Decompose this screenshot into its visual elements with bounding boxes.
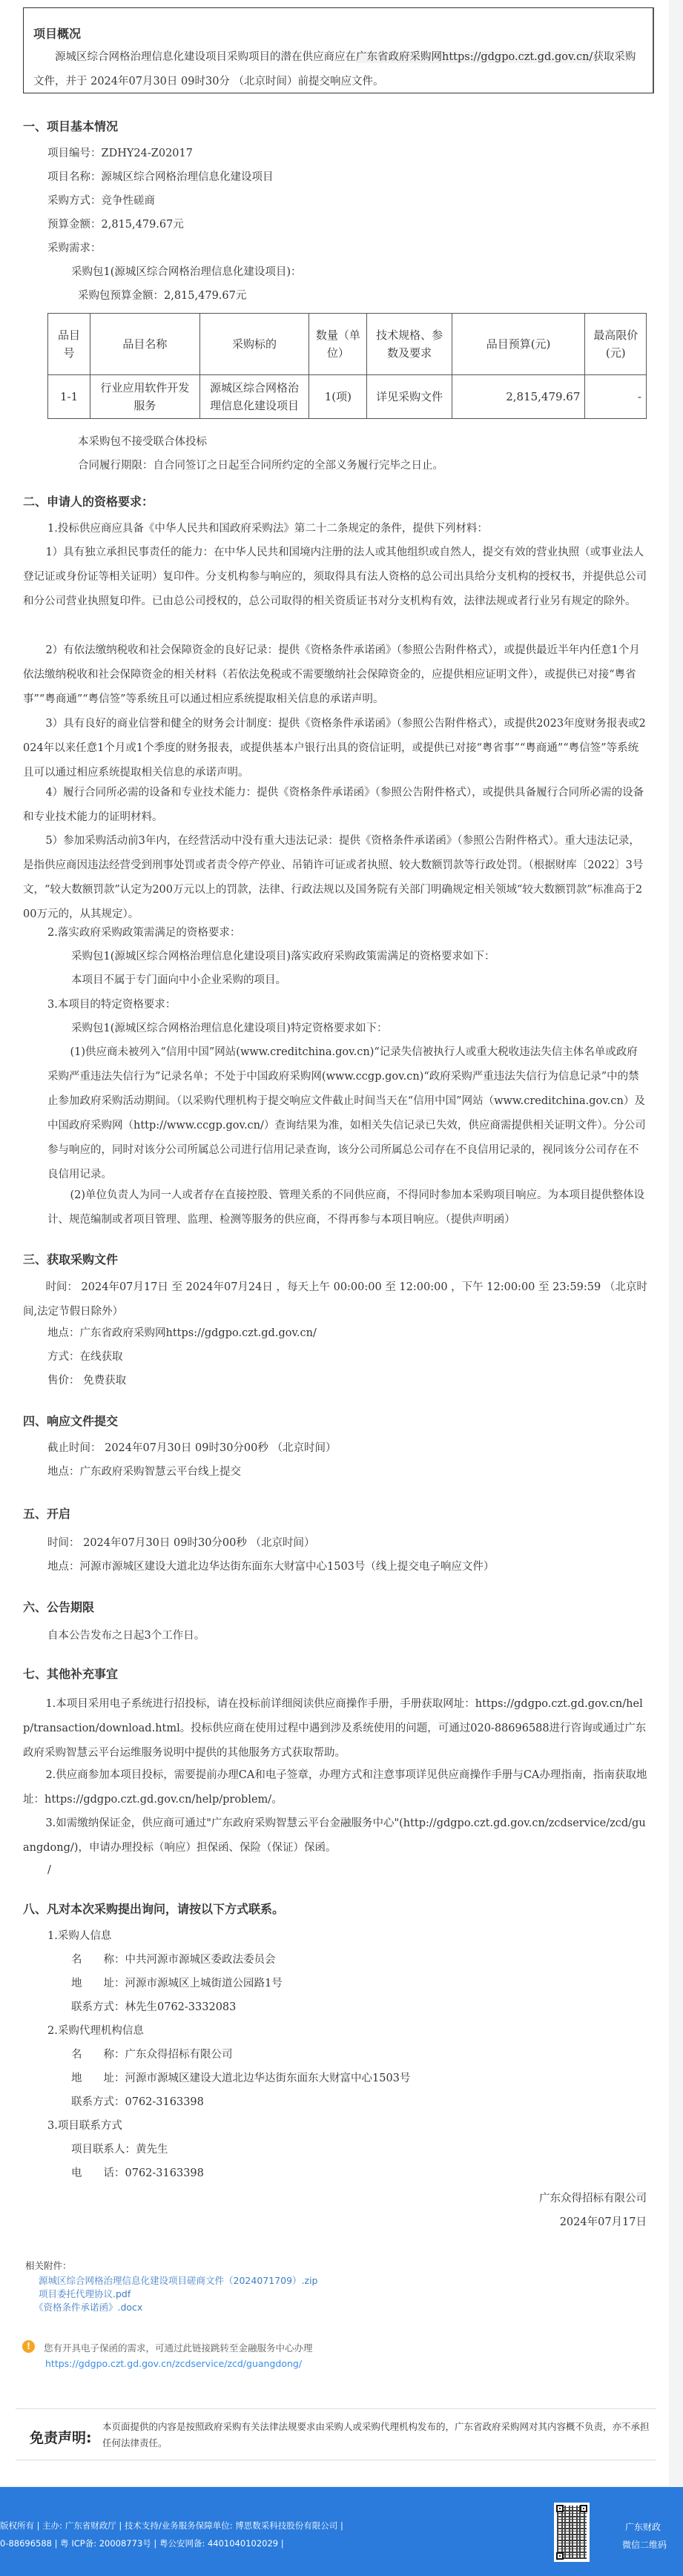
procurement-demand-label: 采购需求： [47, 241, 102, 256]
table-row: 1-1 行业应用软件开发服务 源城区综合网格治理信息化建设项目 1(项) 详见采… [48, 375, 647, 419]
footer-icp-line: 0-88696588 | 粤 ICP备: 20008773号 | 粤公安网备: … [0, 2537, 284, 2549]
notice-period: 自本公告发布之日起3个工作日。 [47, 1628, 205, 1643]
specific-requirement-2: (2)单位负责人为同一人或者存在直接控股、管理关系的不同供应商，不得同时参加本采… [47, 1183, 647, 1232]
cell-tech-spec: 详见采购文件 [367, 375, 452, 419]
col-max-price: 最高限价(元) [585, 314, 647, 375]
supplement-item-1: 1.本项目采用电子系统进行招投标，请在投标前详细阅读供应商操作手册，手册获取网址… [23, 1692, 647, 1766]
submission-place: 地点：广东政府采购智慧云平台线上提交 [47, 1464, 241, 1479]
cell-item-name: 行业应用软件开发服务 [90, 375, 200, 419]
specific-requirement-1: (1)供应商未被列入“信用中国”网站(www.creditchina.gov.c… [47, 1040, 647, 1187]
acquisition-method: 方式：在线获取 [47, 1350, 123, 1364]
qualification-item-2: 2）有依法缴纳税收和社会保障资金的良好记录：提供《资格条件承诺函》（参照公告附件… [23, 638, 647, 712]
guarantee-notice-text: 您有开具电子保函的需求，可通过此链接跳转至金融服务中心办理 [44, 2341, 313, 2354]
qr-label-line1: 广东财政 [625, 2520, 661, 2533]
opening-place: 地点：河源市源城区建设大道北边华达街东面东大财富中心1503号（线上提交电子响应… [47, 1559, 494, 1574]
agency-name: 名 称：广东众得招标有限公司 [71, 2047, 233, 2062]
section-8-heading: 八、凡对本次采购提出询问，请按以下方式联系。 [23, 1900, 284, 1917]
project-number: 项目编号：ZDHY24-Z02017 [47, 146, 193, 161]
section-2-heading: 二、申请人的资格要求： [23, 492, 154, 509]
qr-pattern [557, 2506, 587, 2559]
project-contact-person: 项目联系人：黄先生 [71, 2142, 168, 2157]
qr-corner-icon [556, 2505, 564, 2512]
qr-corner-icon [556, 2552, 564, 2560]
wechat-qr-code [554, 2503, 590, 2562]
procurement-method: 采购方式：竞争性磋商 [47, 194, 155, 208]
purchaser-contact: 联系方式：林先生0762-3332083 [71, 2000, 236, 2015]
cell-item-budget: 2,815,479.67 [452, 375, 585, 419]
warning-icon: ! [22, 2340, 35, 2353]
col-subject: 采购标的 [199, 314, 309, 375]
acquisition-place[interactable]: 地点：广东省政府采购网https://gdgpo.czt.gd.gov.cn/ [47, 1326, 317, 1341]
agency-contact: 联系方式：0762-3163398 [71, 2095, 204, 2110]
qualification-item-1: 1）具有独立承担民事责任的能力：在中华人民共和国境内注册的法人或其他组织或自然人… [23, 541, 647, 614]
announcement-content: 项目概况 源城区综合网格治理信息化建设项目采购项目的潜在供应商应在广东省政府采购… [0, 0, 669, 2486]
disclaimer-text: 本页面提供的内容是按照政府采购有关法律法规要求由采购人或采购代理机构发布的，广东… [102, 2419, 651, 2451]
section-7-heading: 七、其他补充事宜 [23, 1665, 118, 1682]
cell-subject: 源城区综合网格治理信息化建设项目 [199, 375, 309, 419]
cell-quantity: 1(项) [309, 375, 367, 419]
policy-requirements-text: 本项目不属于专门面向中小企业采购的项目。 [71, 973, 286, 988]
acquisition-time: 时间： 2024年07月17日 至 2024年07月24日 ，每天上午 00:0… [23, 1275, 647, 1324]
disclaimer-title: 免责声明: [30, 2427, 92, 2447]
policy-requirements-heading: 2.落实政府采购政策需满足的资格要求： [47, 925, 240, 940]
site-footer: 版权所有 | 主办: 广东省财政厅 | 技术支持/业务服务保障单位: 博思数采科… [0, 2487, 683, 2576]
purchaser-address: 地 址：河源市源城区上城街道公园路1号 [71, 1976, 283, 1991]
agency-address: 地 址：河源市源城区建设大道北边华达街东面东大财富中心1503号 [71, 2071, 410, 2086]
col-item-no: 品目号 [48, 314, 90, 375]
section-3-heading: 三、获取采购文件 [23, 1250, 118, 1267]
divider-bottom [16, 2460, 656, 2460]
supplement-slash: / [47, 1863, 51, 1877]
qualification-item-3: 3）具有良好的商业信誉和健全的财务会计制度：提供《资格条件承诺函》（参照公告附件… [23, 712, 647, 785]
col-tech-spec: 技术规格、参数及要求 [367, 314, 452, 375]
attachment-link-pdf[interactable]: 项目委托代理协议.pdf [39, 2287, 131, 2300]
purchaser-heading: 1.采购人信息 [47, 1929, 111, 1943]
qr-corner-icon [580, 2505, 587, 2512]
section-6-heading: 六、公告期限 [23, 1598, 94, 1615]
purchaser-name: 名 称：中共河源市源城区委政法委员会 [71, 1952, 276, 1967]
project-contact-heading: 3.项目联系方式 [47, 2118, 122, 2133]
project-overview-box: 项目概况 源城区综合网格治理信息化建设项目采购项目的潜在供应商应在广东省政府采购… [23, 7, 654, 93]
supplement-item-2: 2.供应商参加本项目投标，需要提前办理CA和电子签章，办理方式和注意事项详见供应… [23, 1763, 647, 1812]
attachment-link-zip[interactable]: 源城区综合网格治理信息化建设项目磋商文件（2024071709）.zip [39, 2273, 317, 2287]
qualification-item-4: 4）履行合同所必需的设备和专业技术能力：提供《资格条件承诺函》（参照公告附件格式… [23, 781, 647, 830]
overview-text: 源城区综合网格治理信息化建设项目采购项目的潜在供应商应在 [55, 51, 356, 63]
submission-deadline: 截止时间： 2024年07月30日 09时30分00秒 （北京时间） [47, 1441, 336, 1456]
specific-requirements-package: 采购包1(源城区综合网格治理信息化建设项目)特定资格要求如下： [71, 1021, 388, 1036]
project-contact-phone: 电 话：0762-3163398 [71, 2166, 204, 2181]
package-budget: 采购包预算金额：2,815,479.67元 [78, 288, 246, 303]
overview-title: 项目概况 [33, 24, 81, 42]
overview-site-link[interactable]: 广东省政府采购网https://gdgpo.czt.gd.gov.cn/ [356, 51, 593, 63]
specific-requirements-heading: 3.本项目的特定资格要求： [47, 997, 176, 1012]
table-header-row: 品目号 品目名称 采购标的 数量（单位） 技术规格、参数及要求 品目预算(元) … [48, 314, 647, 375]
agency-heading: 2.采购代理机构信息 [47, 2024, 144, 2038]
overview-body: 源城区综合网格治理信息化建设项目采购项目的潜在供应商应在广东省政府采购网http… [33, 45, 645, 94]
opening-time: 时间： 2024年07月30日 09时30分00秒 （北京时间） [47, 1536, 314, 1550]
col-item-name: 品目名称 [90, 314, 200, 375]
acquisition-price: 售价： 免费获取 [47, 1373, 126, 1388]
signature-company: 广东众得招标有限公司 [539, 2191, 647, 2206]
page: 项目概况 源城区综合网格治理信息化建设项目采购项目的潜在供应商应在广东省政府采购… [0, 0, 683, 2576]
qualification-intro: 1.投标供应商应具备《中华人民共和国政府采购法》第二十二条规定的条件，提供下列材… [47, 521, 488, 536]
qr-label-line2: 微信二维码 [622, 2538, 667, 2551]
section-1-heading: 一、项目基本情况 [23, 117, 118, 134]
col-item-budget: 品目预算(元) [452, 314, 585, 375]
items-table: 品目号 品目名称 采购标的 数量（单位） 技术规格、参数及要求 品目预算(元) … [47, 313, 647, 419]
package-title: 采购包1(源城区综合网格治理信息化建设项目)： [71, 265, 302, 280]
cell-max-price: - [585, 375, 647, 419]
cell-item-no: 1-1 [48, 375, 90, 419]
guarantee-notice-link[interactable]: https://gdgpo.czt.gd.gov.cn/zcdservice/z… [45, 2358, 302, 2369]
attachments-label: 相关附件： [25, 2259, 72, 2272]
qualification-item-5: 5）参加采购活动前3年内，在经营活动中没有重大违法记录：提供《资格条件承诺函》（… [23, 829, 647, 927]
budget-amount: 预算金额：2,815,479.67元 [47, 217, 184, 232]
no-consortium-note: 本采购包不接受联合体投标 [78, 435, 207, 449]
section-5-heading: 五、开启 [23, 1505, 70, 1522]
section-4-heading: 四、响应文件提交 [23, 1412, 118, 1429]
attachment-link-docx[interactable]: 《资格条件承诺函》.docx [34, 2300, 142, 2314]
policy-requirements-package: 采购包1(源城区综合网格治理信息化建设项目)落实政府采购政策需满足的资格要求如下… [71, 949, 495, 964]
footer-copyright-line: 版权所有 | 主办: 广东省财政厅 | 技术支持/业务服务保障单位: 博思数采科… [0, 2520, 343, 2532]
contract-period: 合同履行期限：自合同签订之日起至合同所约定的全部义务履行完毕之日止。 [78, 458, 443, 473]
col-quantity: 数量（单位） [309, 314, 367, 375]
signature-date: 2024年07月17日 [560, 2215, 647, 2230]
supplement-item-3: 3.如需缴纳保证金，供应商可通过"广东政府采购智慧云平台金融服务中心"(http… [23, 1812, 647, 1860]
divider-top [16, 2408, 656, 2409]
project-name: 项目名称：源城区综合网格治理信息化建设项目 [47, 170, 274, 185]
